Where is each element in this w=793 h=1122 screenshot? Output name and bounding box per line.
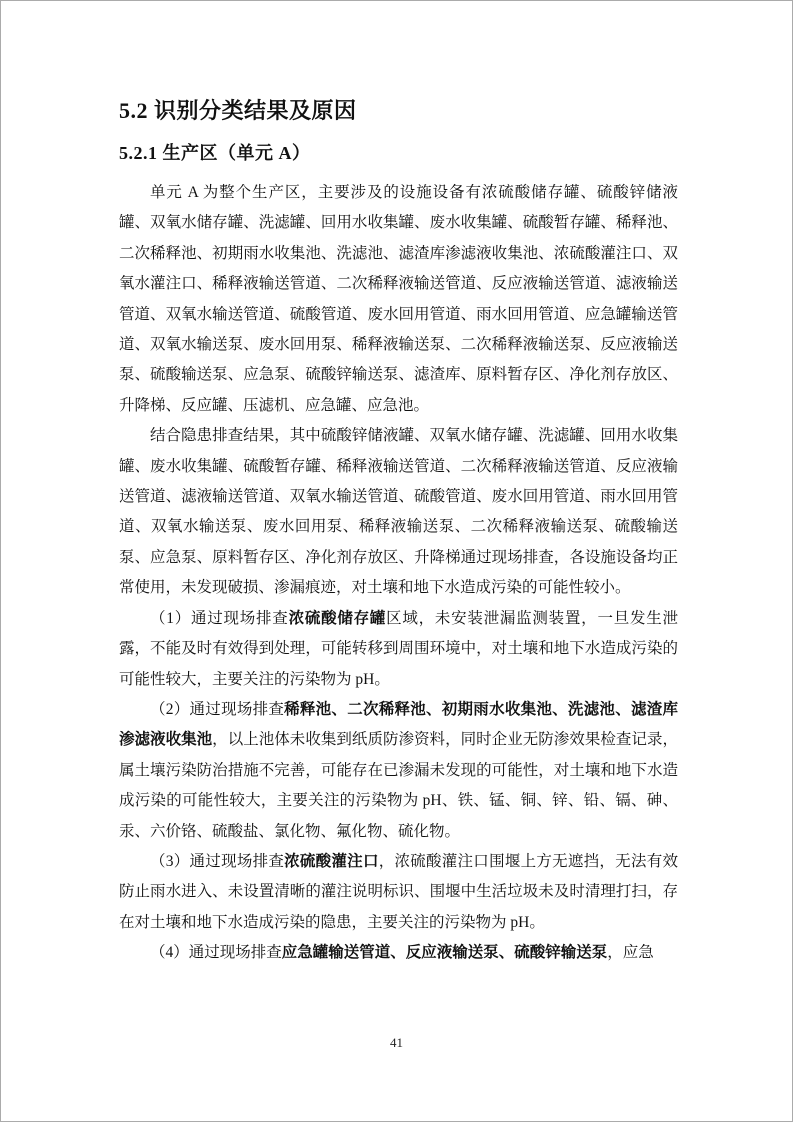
text-run-bold: 浓硫酸储存罐 (289, 610, 387, 627)
text-run: （4）通过现场排查 (150, 944, 282, 961)
paragraph-item-4: （4）通过现场排查应急罐输送管道、反应液输送泵、硫酸锌输送泵，应急 (119, 938, 678, 968)
subsection-heading: 5.2.1 生产区（单元 A） (119, 141, 678, 165)
paragraph-item-2: （2）通过现场排查稀释池、二次稀释池、初期雨水收集池、洗滤池、滤渣库渗滤液收集池… (119, 695, 678, 847)
document-page: 5.2 识别分类结果及原因 5.2.1 生产区（单元 A） 单元 A 为整个生产… (0, 0, 793, 1122)
text-run: 单元 A 为整个生产区，主要涉及的设施设备有浓硫酸储存罐、硫酸锌储液罐、双氧水储… (119, 184, 678, 414)
text-run: ，应急 (607, 944, 654, 961)
text-run: 结合隐患排查结果，其中硫酸锌储液罐、双氧水储存罐、洗滤罐、回用水收集罐、废水收集… (119, 427, 678, 596)
text-run: （2）通过现场排查 (150, 701, 284, 718)
text-run: （1）通过现场排查 (150, 610, 289, 627)
text-run: （3）通过现场排查 (150, 853, 284, 870)
section-heading: 5.2 识别分类结果及原因 (119, 96, 678, 125)
document-content: 5.2 识别分类结果及原因 5.2.1 生产区（单元 A） 单元 A 为整个生产… (119, 96, 678, 969)
page-number: 41 (1, 1035, 792, 1051)
paragraph-inspection-summary: 结合隐患排查结果，其中硫酸锌储液罐、双氧水储存罐、洗滤罐、回用水收集罐、废水收集… (119, 421, 678, 603)
paragraph-unit-a-facilities: 单元 A 为整个生产区，主要涉及的设施设备有浓硫酸储存罐、硫酸锌储液罐、双氧水储… (119, 178, 678, 421)
paragraph-item-3: （3）通过现场排查浓硫酸灌注口，浓硫酸灌注口围堰上方无遮挡，无法有效防止雨水进入… (119, 847, 678, 938)
paragraph-item-1: （1）通过现场排查浓硫酸储存罐区域，未安装泄漏监测装置，一旦发生泄露，不能及时有… (119, 604, 678, 695)
text-run-bold: 浓硫酸灌注口 (284, 853, 379, 870)
text-run-bold: 应急罐输送管道、反应液输送泵、硫酸锌输送泵 (282, 944, 608, 961)
